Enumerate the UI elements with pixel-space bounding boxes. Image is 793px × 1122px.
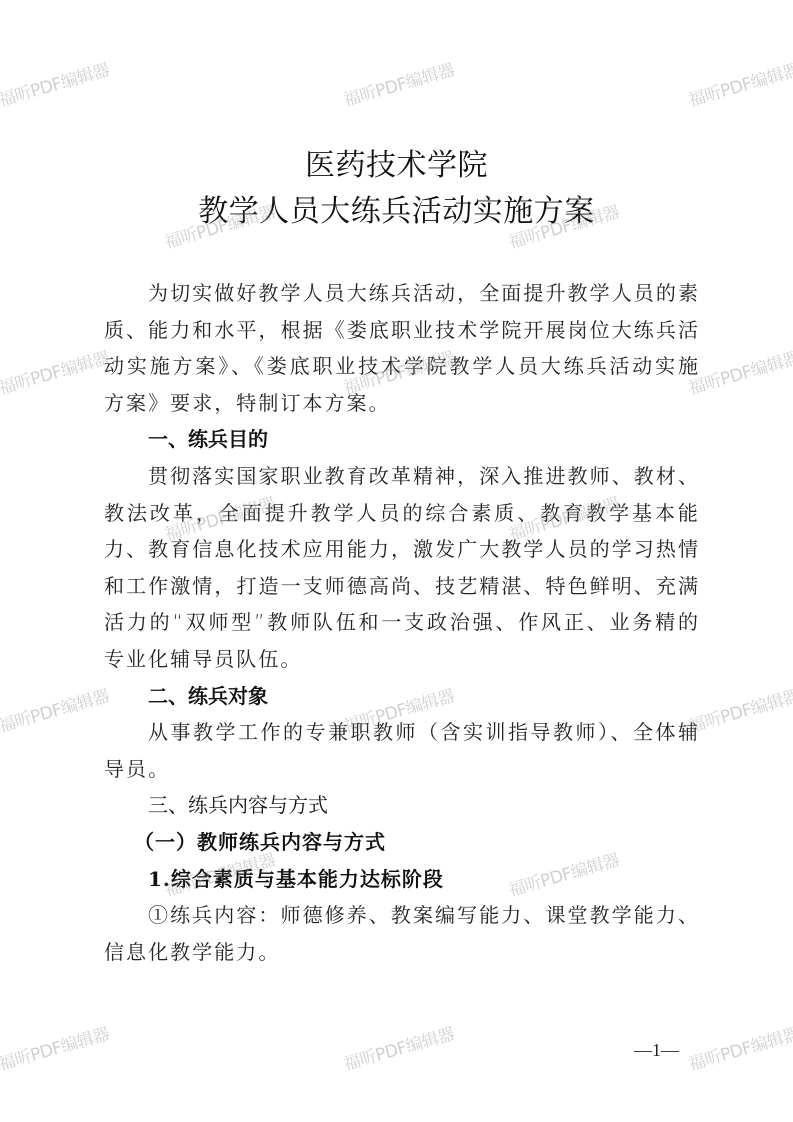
section-body-targets: 从事教学工作的专兼职教师（含实训指导教师）、全体辅导员。	[104, 714, 700, 787]
document-title: 医药技术学院 教学人员大练兵活动实施方案	[0, 146, 793, 232]
watermark: 福昕PDF编辑器	[340, 1020, 457, 1075]
subsection-heading-teachers: （一）教师练兵内容与方式	[104, 824, 700, 861]
title-line-1: 医药技术学院	[0, 146, 793, 186]
watermark: 福昕PDF编辑器	[0, 344, 112, 399]
watermark: 福昕PDF编辑器	[685, 682, 793, 737]
watermark: 福昕PDF编辑器	[340, 56, 457, 111]
section-heading-content: 三、练兵内容与方式	[104, 787, 700, 824]
watermark: 福昕PDF编辑器	[685, 344, 793, 399]
watermark: 福昕PDF编辑器	[0, 682, 112, 737]
section-heading-purpose: 一、练兵目的	[104, 421, 700, 458]
section-body-content: ①练兵内容：师德修养、教案编写能力、课堂教学能力、信息化教学能力。	[104, 897, 700, 970]
title-line-2: 教学人员大练兵活动实施方案	[0, 192, 793, 232]
document-page: 医药技术学院 教学人员大练兵活动实施方案 为切实做好教学人员大练兵活动，全面提升…	[0, 0, 793, 1122]
watermark: 福昕PDF编辑器	[0, 56, 112, 111]
watermark: 福昕PDF编辑器	[685, 1020, 793, 1075]
page-number: —1—	[634, 1040, 679, 1061]
subsubsection-heading-stage1: 1.综合素质与基本能力达标阶段	[104, 861, 700, 898]
section-heading-targets: 二、练兵对象	[104, 678, 700, 715]
intro-paragraph: 为切实做好教学人员大练兵活动，全面提升教学人员的素质、能力和水平，根据《娄底职业…	[104, 275, 700, 421]
section-body-purpose: 贯彻落实国家职业教育改革精神，深入推进教师、教材、教法改革，全面提升教学人员的综…	[104, 458, 700, 678]
watermark: 福昕PDF编辑器	[685, 56, 793, 111]
watermark: 福昕PDF编辑器	[0, 1020, 112, 1075]
document-body: 为切实做好教学人员大练兵活动，全面提升教学人员的素质、能力和水平，根据《娄底职业…	[104, 275, 700, 970]
